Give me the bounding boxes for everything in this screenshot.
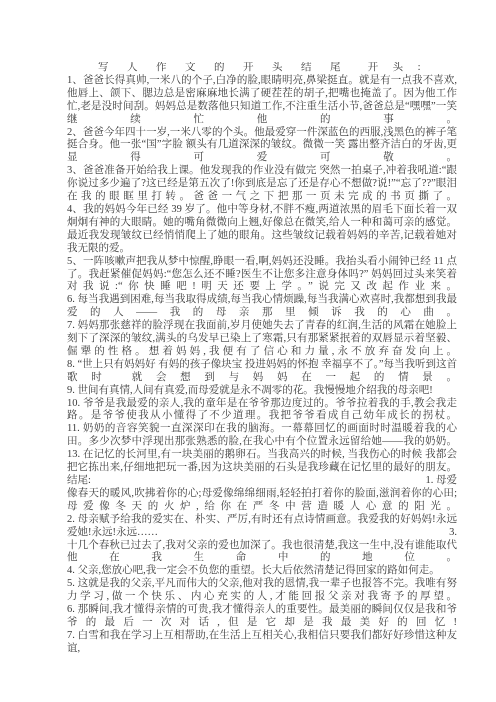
- paragraph-text: 13. 在记忆的长河里,有一块美丽的鹅卵石。当我高兴的时候, 当我伤心的时候 我…: [67, 449, 457, 486]
- ending-item-4: 4. 父亲,您放心吧,我一定会不负您的重望。长大后依然清楚记得回家的路如何走。: [67, 565, 457, 578]
- ending-item-2: 2. 母亲赋予给我的爱实在、朴实、严厉,有时还有点诗情画意。我爱我的好妈妈!永远…: [67, 514, 457, 540]
- document-content: 写人作文的开头结尾 开头: 1、爸爸长得真帅,一米八的个子,白净的脸,眼睛明亮,…: [67, 62, 457, 656]
- opening-item-10: 10. 爷爷是我最爱的亲人,我的童年是在爷爷那边度过的。爷爷拉着我的手,教会我走…: [67, 398, 457, 424]
- opening-item-5: 5、一阵咳嗽声把我从梦中惊醒,睁眼一看,啊,妈妈还没睡。我抬头看小闹钟已经 11…: [67, 256, 457, 295]
- opening-item-9: 9. 世间有真情,人间有真爱,而母爱就是永不凋零的花。我慢慢地介绍我的母亲吧!: [67, 385, 457, 398]
- ending-item-5: 5. 这就是我的父亲,平凡而伟大的父亲,他对我的恩情,我一辈子也报答不完。我唯有…: [67, 578, 457, 604]
- opening-item-4: 4、我的妈妈今年已经 39 岁了。他中等身材,不胖不瘦,两道浓黑的眉毛下面长着一…: [67, 204, 457, 256]
- paragraph-text: 2. 母亲赋予给我的爱实在、朴实、严厉,有时还有点诗情画意。我爱我的好妈妈!永远…: [67, 514, 457, 538]
- opening-item-11: 11. 奶奶的音容笑貌一直深深印在我的脑海。一幕幕回忆的画面时时温暖着我的心田。…: [67, 423, 457, 449]
- opening-item-8: 8. “世上只有妈妈好 有妈的孩子像块宝 投进妈妈的怀抱 幸福享不了。”每当我听…: [67, 359, 457, 385]
- ending-item-3-body: 十几个春秋已过去了,我对父亲的爱也加深了。我也很清楚,我这一生中,没有谁能取代他…: [67, 540, 457, 566]
- ending-item-7: 7. 白雪和我在学习上互相帮助,在生活上互相关心,我相信只要我们都好好珍惜这种友…: [67, 630, 457, 656]
- ending-item-6: 6. 那瞬间,我才懂得亲情的可贵,我才懂得亲人的重要性。最美丽的瞬间仅仅是我和爷…: [67, 604, 457, 630]
- document-title: 写人作文的开头结尾 开头:: [67, 62, 457, 75]
- ending-item-3-number: 3.: [449, 527, 457, 540]
- title-text: 写人作文的开头结尾: [98, 62, 359, 75]
- opening-item-7: 7. 妈妈那张慈祥的脸浮现在我面前,岁月使她失去了青春的红润,生活的风霜在她脸上…: [67, 320, 457, 359]
- opening-item-2: 2、爸爸今年四十一岁,一米八零的个头。他最爱穿一件深蓝色的西服,浅黑色的裤子笔挺…: [67, 127, 457, 166]
- opening-item-1: 1、爸爸长得真帅,一米八的个子,白净的脸,眼睛明亮,鼻梁挺直。就是有一点我不喜欢…: [67, 75, 457, 127]
- opening-item-3: 3、爸爸准备开始给我上课。他发现我的作业没有做完 突然一拍桌子,冲着我吼道:“跟…: [67, 165, 457, 204]
- opening-item-6: 6. 每当我遇到困难,每当我取得成绩,每当我心情烦躁,每当我满心欢喜时,我都想到…: [67, 294, 457, 320]
- opening-section-label: 开头:: [368, 62, 435, 75]
- opening-item-13-and-ending-heading: 13. 在记忆的长河里,有一块美丽的鹅卵石。当我高兴的时候, 当我伤心的时候 我…: [67, 449, 457, 488]
- document-page: 写人作文的开头结尾 开头: 1、爸爸长得真帅,一米八的个子,白净的脸,眼睛明亮,…: [0, 0, 496, 702]
- ending-item-1-body: 像春天的暖风,吹拂着你的心;母爱像绵绵细雨,轻轻拍打着你的脸面,滋润着你的心田;…: [67, 488, 457, 514]
- ending-item-1-number: 1. 母爱: [426, 475, 458, 488]
